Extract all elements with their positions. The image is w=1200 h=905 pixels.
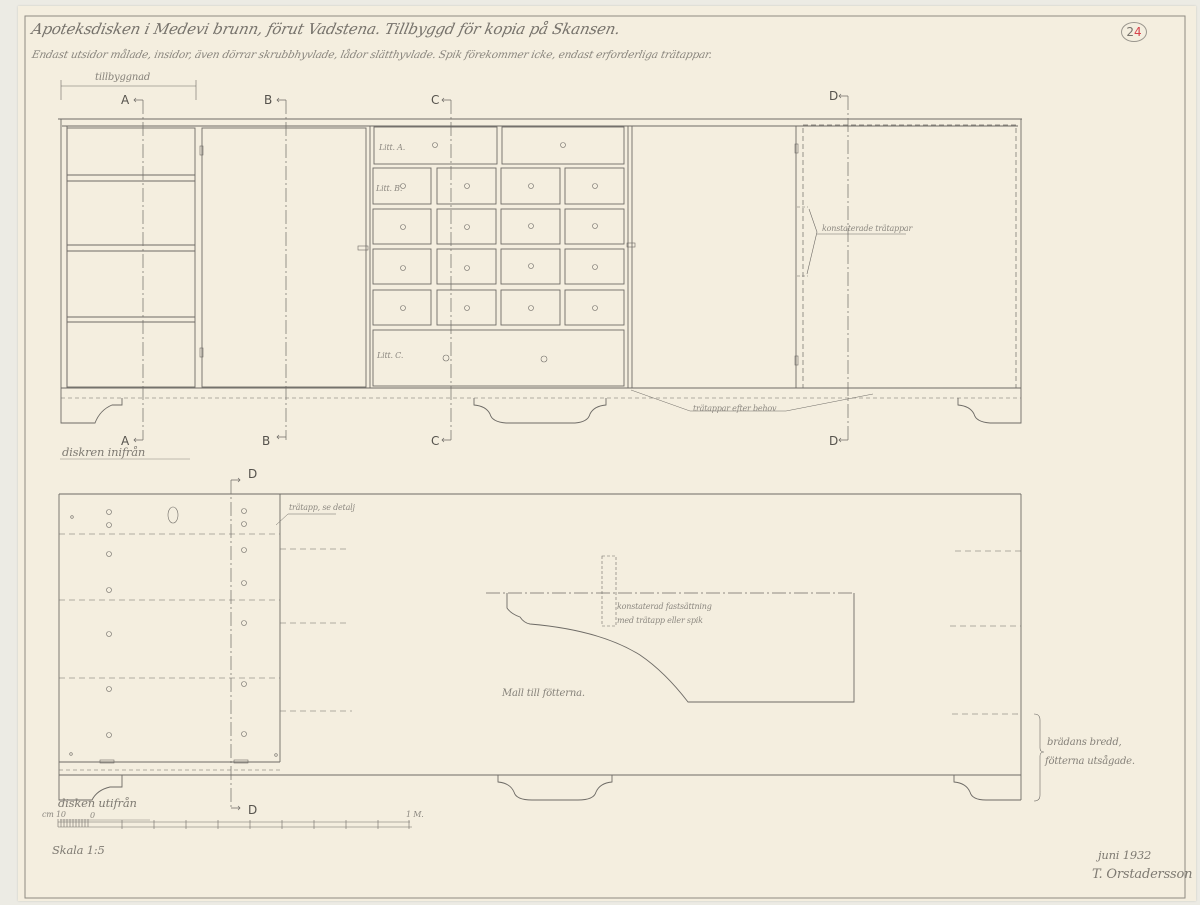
signature-date: juni 1932: [1098, 848, 1151, 862]
annotation-foot-template: Mall till fötterna.: [502, 688, 585, 699]
section-marker-a-top: A: [121, 93, 129, 107]
annotation-board-width-line-1: brädans bredd,: [1047, 737, 1122, 748]
annotation-fastening-line-2: med trätapp eller spik: [617, 616, 703, 625]
scale-end: 1 M.: [406, 810, 424, 819]
caption-front-view: diskren inifrån: [62, 445, 145, 459]
page-number-digit-2: 4: [1134, 25, 1142, 39]
section-marker-b-top: B: [264, 93, 272, 107]
section-marker-d-back-top: D: [248, 467, 257, 481]
annotation-dowels-right: konstaterade trätappar: [822, 224, 912, 233]
foot-template: [486, 556, 854, 702]
caption-back-view: disken utifrån: [58, 796, 137, 810]
section-marker-d-bottom: D: [829, 434, 838, 448]
sheet-border: [25, 16, 1185, 898]
section-marker-b-bottom: B: [262, 434, 270, 448]
section-marker-d-top: D: [829, 89, 838, 103]
scale-bar: [58, 819, 412, 829]
drawer-label-litt-a: Litt. A.: [379, 143, 405, 152]
annotation-dowel-detail: trätapp, se detalj: [289, 503, 355, 512]
drawer-label-litt-b: Litt. B.: [376, 184, 402, 193]
section-marker-c-bottom: C: [431, 434, 439, 448]
drawer-label-litt-c: Litt. C.: [377, 351, 403, 360]
page-number-badge: 24: [1121, 22, 1147, 42]
signature-name: T. Orstadersson: [1092, 867, 1192, 882]
drawing-subtitle: Endast utsidor målade, insidor, även dör…: [31, 49, 713, 61]
section-marker-c-top: C: [431, 93, 439, 107]
scale-zero: 0: [90, 811, 95, 820]
rear-elevation: [59, 478, 1044, 820]
drawer-grid: [373, 143, 624, 387]
annotation-dowels-bottom: trätappar efter behov: [693, 404, 776, 413]
annotation-fastening-line-1: konstaterad fastsättning: [617, 602, 712, 611]
front-elevation: [58, 80, 1022, 459]
section-marker-d-back-bottom: D: [248, 803, 257, 817]
annotation-board-width-line-2: fötterna utsågade.: [1045, 756, 1135, 767]
dimension-label-extension: tillbyggnad: [95, 72, 150, 83]
scale-label: Skala 1:5: [52, 843, 105, 857]
page-number-digit-1: 2: [1126, 25, 1134, 39]
technical-drawing: [0, 0, 1200, 905]
scale-unit-left: cm 10: [42, 810, 66, 819]
drawing-title: Apoteksdisken i Medevi brunn, förut Vads…: [30, 20, 622, 38]
